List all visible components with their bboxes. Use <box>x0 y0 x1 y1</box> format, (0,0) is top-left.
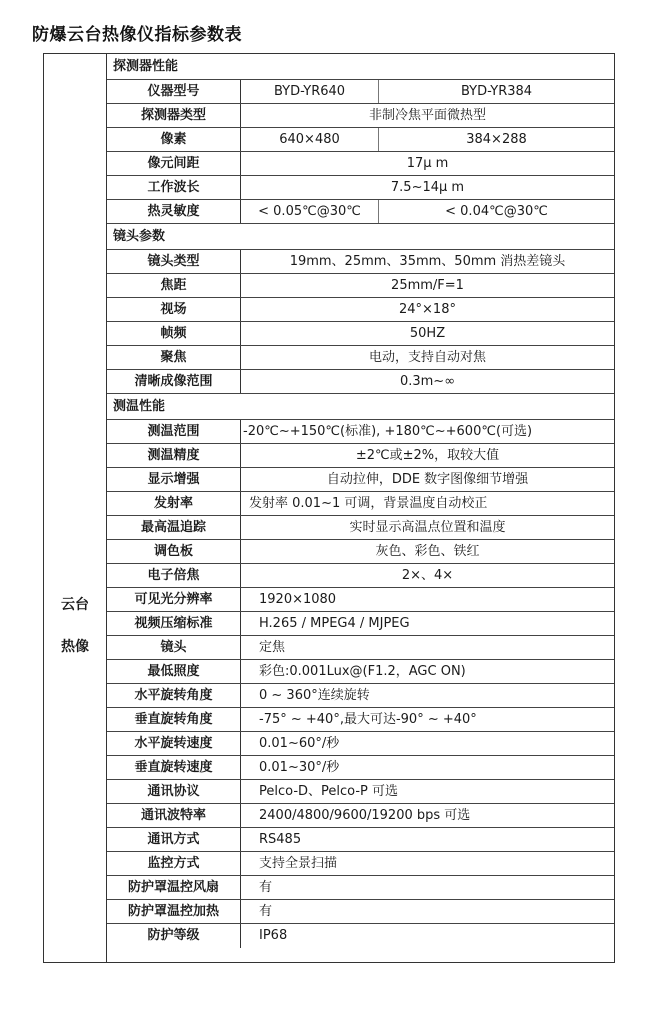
section-header-temperature: 测温性能 <box>107 394 614 420</box>
row-value: -75° ~ +40°,最大可达-90° ~ +40° <box>241 708 614 731</box>
row-value: 定焦 <box>241 636 614 659</box>
row-value: 19mm、25mm、35mm、50mm 消热差镜头 <box>241 250 614 273</box>
table-row: 工作波长 7.5~14μ m <box>107 176 614 200</box>
row-value-a: < 0.05℃@30℃ <box>241 200 379 223</box>
table-row: 可见光分辨率 1920×1080 <box>107 588 614 612</box>
row-key: 发射率 <box>107 492 241 515</box>
row-key: 像素 <box>107 128 241 151</box>
row-key: 探测器类型 <box>107 104 241 127</box>
row-value: 1920×1080 <box>241 588 614 611</box>
row-value: IP68 <box>241 924 614 948</box>
row-key: 热灵敏度 <box>107 200 241 223</box>
row-value: 自动拉伸，DDE 数字图像细节增强 <box>241 468 614 491</box>
table-row: 仪器型号 BYD-YR640 BYD-YR384 <box>107 80 614 104</box>
row-key: 视频压缩标准 <box>107 612 241 635</box>
table-row: 清晰成像范围 0.3m~∞ <box>107 370 614 394</box>
row-key: 通讯方式 <box>107 828 241 851</box>
spec-table: 云台 热像 探测器性能 仪器型号 BYD-YR640 BYD-YR384 探测器… <box>43 53 615 963</box>
table-row: 镜头 定焦 <box>107 636 614 660</box>
table-row: 垂直旋转角度 -75° ~ +40°,最大可达-90° ~ +40° <box>107 708 614 732</box>
table-row: 视场 24°×18° <box>107 298 614 322</box>
row-value: 发射率 0.01~1 可调，背景温度自动校正 <box>241 492 614 515</box>
row-key: 通讯波特率 <box>107 804 241 827</box>
row-key: 清晰成像范围 <box>107 370 241 393</box>
row-value: H.265 / MPEG4 / MJPEG <box>241 612 614 635</box>
section-label: 镜头参数 <box>107 224 165 249</box>
table-row: 发射率 发射率 0.01~1 可调，背景温度自动校正 <box>107 492 614 516</box>
row-value: 7.5~14μ m <box>241 176 614 199</box>
table-row: 像元间距 17μ m <box>107 152 614 176</box>
row-value: -20℃~+150℃(标准), +180℃~+600℃(可选) <box>241 420 614 443</box>
table-row: 调色板 灰色、彩色、铁红 <box>107 540 614 564</box>
row-key: 镜头类型 <box>107 250 241 273</box>
row-key: 像元间距 <box>107 152 241 175</box>
row-key: 显示增强 <box>107 468 241 491</box>
row-key: 镜头 <box>107 636 241 659</box>
table-row: 聚焦 电动，支持自动对焦 <box>107 346 614 370</box>
row-key: 最高温追踪 <box>107 516 241 539</box>
table-row: 镜头类型 19mm、25mm、35mm、50mm 消热差镜头 <box>107 250 614 274</box>
table-row: 帧频 50HZ <box>107 322 614 346</box>
row-key: 测温精度 <box>107 444 241 467</box>
table-row: 垂直旋转速度 0.01~30°/秒 <box>107 756 614 780</box>
row-value: 25mm/F=1 <box>241 274 614 297</box>
row-key: 视场 <box>107 298 241 321</box>
row-value: 2400/4800/9600/19200 bps 可选 <box>241 804 614 827</box>
row-value: 实时显示高温点位置和温度 <box>241 516 614 539</box>
row-value: 0 ~ 360°连续旋转 <box>241 684 614 707</box>
table-row: 防护罩温控加热 有 <box>107 900 614 924</box>
row-key: 防护罩温控加热 <box>107 900 241 923</box>
spec-rows: 探测器性能 仪器型号 BYD-YR640 BYD-YR384 探测器类型 非制冷… <box>107 54 614 962</box>
table-row: 显示增强 自动拉伸，DDE 数字图像细节增强 <box>107 468 614 492</box>
row-value: RS485 <box>241 828 614 851</box>
row-key: 调色板 <box>107 540 241 563</box>
row-key: 水平旋转速度 <box>107 732 241 755</box>
section-label: 探测器性能 <box>107 54 178 79</box>
table-row: 测温范围 -20℃~+150℃(标准), +180℃~+600℃(可选) <box>107 420 614 444</box>
row-key: 帧频 <box>107 322 241 345</box>
row-value-a: BYD-YR640 <box>241 80 379 103</box>
table-row: 水平旋转速度 0.01~60°/秒 <box>107 732 614 756</box>
row-value: 17μ m <box>241 152 614 175</box>
row-value: 50HZ <box>241 322 614 345</box>
table-row: 水平旋转角度 0 ~ 360°连续旋转 <box>107 684 614 708</box>
table-row: 通讯方式 RS485 <box>107 828 614 852</box>
row-value: 有 <box>241 876 614 899</box>
row-value: 0.01~30°/秒 <box>241 756 614 779</box>
row-value: 灰色、彩色、铁红 <box>241 540 614 563</box>
table-row: 最低照度 彩色:0.001Lux@(F1.2，AGC ON) <box>107 660 614 684</box>
row-key: 可见光分辨率 <box>107 588 241 611</box>
row-value: 彩色:0.001Lux@(F1.2，AGC ON) <box>241 660 614 683</box>
row-value: 电动，支持自动对焦 <box>241 346 614 369</box>
table-row: 热灵敏度 < 0.05℃@30℃ < 0.04℃@30℃ <box>107 200 614 224</box>
row-value: 0.01~60°/秒 <box>241 732 614 755</box>
row-key: 垂直旋转速度 <box>107 756 241 779</box>
row-key: 聚焦 <box>107 346 241 369</box>
row-value: 非制冷焦平面微热型 <box>241 104 614 127</box>
row-key: 仪器型号 <box>107 80 241 103</box>
row-value: 0.3m~∞ <box>241 370 614 393</box>
row-key: 工作波长 <box>107 176 241 199</box>
table-row: 防护等级 IP68 <box>107 924 614 948</box>
table-row: 探测器类型 非制冷焦平面微热型 <box>107 104 614 128</box>
table-row: 像素 640×480 384×288 <box>107 128 614 152</box>
section-label: 测温性能 <box>107 394 165 419</box>
row-value: Pelco-D、Pelco-P 可选 <box>241 780 614 803</box>
category-label-cell: 云台 热像 <box>44 54 107 962</box>
row-key: 最低照度 <box>107 660 241 683</box>
row-key: 防护等级 <box>107 924 241 948</box>
row-key: 垂直旋转角度 <box>107 708 241 731</box>
row-key: 测温范围 <box>107 420 241 443</box>
category-label-line2: 热像 <box>44 636 106 656</box>
row-value-b: < 0.04℃@30℃ <box>379 200 614 223</box>
row-value: ±2℃或±2%，取较大值 <box>241 444 614 467</box>
table-row: 测温精度 ±2℃或±2%，取较大值 <box>107 444 614 468</box>
row-value: 2×、4× <box>241 564 614 587</box>
category-label-line1: 云台 <box>44 594 106 614</box>
table-row: 电子倍焦 2×、4× <box>107 564 614 588</box>
table-row: 视频压缩标准 H.265 / MPEG4 / MJPEG <box>107 612 614 636</box>
section-header-lens: 镜头参数 <box>107 224 614 250</box>
section-header-detector: 探测器性能 <box>107 54 614 80</box>
row-value-a: 640×480 <box>241 128 379 151</box>
table-row: 焦距 25mm/F=1 <box>107 274 614 298</box>
row-value: 24°×18° <box>241 298 614 321</box>
row-key: 通讯协议 <box>107 780 241 803</box>
page-title: 防爆云台热像仪指标参数表 <box>32 20 242 45</box>
row-value: 有 <box>241 900 614 923</box>
row-key: 焦距 <box>107 274 241 297</box>
row-key: 防护罩温控风扇 <box>107 876 241 899</box>
row-value-b: 384×288 <box>379 128 614 151</box>
row-key: 监控方式 <box>107 852 241 875</box>
row-key: 电子倍焦 <box>107 564 241 587</box>
table-row: 最高温追踪 实时显示高温点位置和温度 <box>107 516 614 540</box>
table-row: 通讯波特率 2400/4800/9600/19200 bps 可选 <box>107 804 614 828</box>
table-row: 监控方式 支持全景扫描 <box>107 852 614 876</box>
row-value-b: BYD-YR384 <box>379 80 614 103</box>
table-row: 通讯协议 Pelco-D、Pelco-P 可选 <box>107 780 614 804</box>
row-key: 水平旋转角度 <box>107 684 241 707</box>
table-row: 防护罩温控风扇 有 <box>107 876 614 900</box>
row-value: 支持全景扫描 <box>241 852 614 875</box>
